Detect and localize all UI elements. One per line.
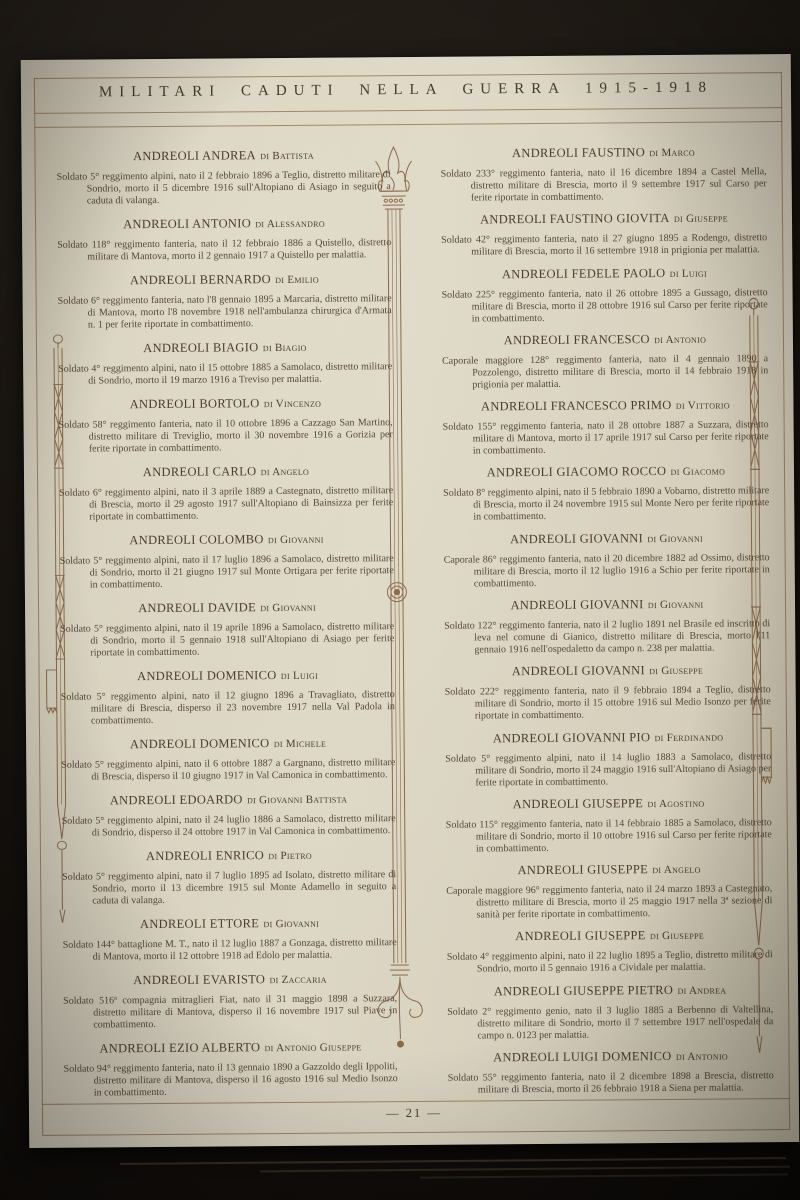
soldier-name: ANDREOLI CARLO: [143, 464, 257, 479]
soldier-name: ANDREOLI BORTOLO: [130, 396, 260, 411]
patronymic: di Vincenzo: [264, 398, 321, 410]
entry-details: Caporale maggiore 96° reggimento fanteri…: [446, 883, 772, 922]
casualty-entry: ANDREOLI BORTOLO di VincenzoSoldato 58° …: [58, 393, 392, 456]
patronymic: di Giuseppe: [674, 213, 728, 225]
patronymic: di Giovanni: [260, 602, 316, 614]
patronymic: di Angelo: [261, 466, 309, 478]
soldier-name: ANDREOLI EVARISTO: [133, 972, 265, 987]
casualty-entry: ANDREOLI ANTONIO di AlessandroSoldato 11…: [57, 213, 391, 264]
entry-details: Soldato 8° reggimento alpini, nato il 5 …: [443, 486, 769, 525]
entry-details: Caporale 86° reggimento fanteria, nato i…: [444, 552, 770, 591]
soldier-name: ANDREOLI ANDREA: [133, 148, 256, 163]
entry-name-heading: ANDREOLI FRANCESCO di Antonio: [442, 329, 768, 350]
entry-details: Soldato 4° reggimento alpini, nato il 15…: [58, 361, 392, 388]
entry-name-heading: ANDREOLI ETTORE di Giovanni: [62, 913, 396, 934]
soldier-name: ANDREOLI GIOVANNI PIO: [493, 730, 651, 745]
patronymic: di Giovanni: [263, 918, 319, 930]
casualty-entry: ANDREOLI GIOVANNI di GiovanniCaporale 86…: [443, 528, 769, 591]
entry-name-heading: ANDREOLI COLOMBO di Giovanni: [59, 529, 393, 550]
casualty-entry: ANDREOLI GIUSEPPE di AgostinoSoldato 115…: [446, 793, 772, 856]
patronymic: di Antonio: [654, 334, 706, 346]
entry-details: Soldato 5° reggimento alpini, nato il 14…: [445, 751, 771, 790]
entry-name-heading: ANDREOLI GIACOMO ROCCO di Giacomo: [443, 462, 769, 483]
patronymic: di Battista: [260, 150, 314, 162]
entry-name-heading: ANDREOLI EVARISTO di Zaccaria: [63, 969, 397, 990]
entry-details: Soldato 144° battaglione M. T., nato il …: [63, 937, 397, 964]
entry-details: Soldato 222° reggimento fanteria, nato i…: [445, 684, 771, 723]
soldier-name: ANDREOLI GIUSEPPE: [513, 796, 644, 811]
casualty-entry: ANDREOLI FAUSTINO di MarcoSoldato 233° r…: [440, 142, 766, 205]
entry-name-heading: ANDREOLI GIOVANNI PIO di Ferdinando: [445, 727, 771, 748]
casualty-entry: ANDREOLI DAVIDE di GiovanniSoldato 5° re…: [60, 597, 394, 660]
entry-details: Soldato 58° reggimento fanteria, nato il…: [59, 417, 393, 456]
casualty-entry: ANDREOLI GIUSEPPE di AngeloCaporale magg…: [446, 859, 772, 922]
casualty-entry: ANDREOLI FRANCESCO PRIMO di VittorioSold…: [442, 395, 768, 458]
entry-details: Soldato 225° reggimento fanteria, nato i…: [442, 287, 768, 326]
right-column: ANDREOLI FAUSTINO di MarcoSoldato 233° r…: [440, 142, 773, 1097]
soldier-name: ANDREOLI LUIGI DOMENICO: [493, 1049, 672, 1064]
entry-details: Soldato 2° reggimento genio, nato il 3 l…: [447, 1004, 773, 1043]
entry-details: Soldato 122° reggimento fanteria, nato i…: [444, 618, 770, 657]
casualty-entry: ANDREOLI GIUSEPPE di GiuseppeSoldato 4° …: [447, 926, 773, 977]
entry-name-heading: ANDREOLI FAUSTINO di Marco: [440, 142, 766, 163]
entry-details: Soldato 5° reggimento alpini, nato il 17…: [60, 553, 394, 592]
entry-name-heading: ANDREOLI GIUSEPPE di Angelo: [446, 859, 772, 880]
soldier-name: ANDREOLI COLOMBO: [129, 532, 263, 547]
soldier-name: ANDREOLI BERNARDO: [130, 272, 271, 287]
casualty-entry: ANDREOLI GIUSEPPE PIETRO di AndreaSoldat…: [447, 980, 773, 1043]
entry-details: Soldato 42° reggimento fanteria, nato il…: [441, 232, 767, 259]
entry-name-heading: ANDREOLI LUIGI DOMENICO di Antonio: [448, 1046, 774, 1067]
entry-name-heading: ANDREOLI ANDREA di Battista: [56, 145, 390, 166]
entry-name-heading: ANDREOLI DOMENICO di Luigi: [61, 665, 395, 686]
patronymic: di Antonio: [676, 1050, 728, 1062]
patronymic: di Giuseppe: [650, 930, 704, 942]
patronymic: di Giovanni: [268, 534, 324, 546]
soldier-name: ANDREOLI FAUSTINO GIOVITA: [480, 211, 670, 226]
soldier-name: ANDREOLI GIUSEPPE PIETRO: [494, 983, 674, 998]
entry-name-heading: ANDREOLI GIOVANNI di Giovanni: [443, 528, 769, 549]
entry-name-heading: ANDREOLI ANTONIO di Alessandro: [57, 213, 391, 234]
soldier-name: ANDREOLI GIOVANNI: [511, 597, 644, 612]
entry-name-heading: ANDREOLI DAVIDE di Giovanni: [60, 597, 394, 618]
patronymic: di Giovanni: [647, 532, 703, 544]
patronymic: di Vittorio: [676, 400, 730, 412]
casualty-entry: ANDREOLI BERNARDO di EmilioSoldato 6° re…: [57, 269, 391, 332]
patronymic: di Angelo: [652, 864, 700, 876]
entry-name-heading: ANDREOLI CARLO di Angelo: [59, 461, 393, 482]
soldier-name: ANDREOLI ETTORE: [140, 916, 259, 931]
soldier-name: ANDREOLI EZIO ALBERTO: [99, 1040, 260, 1055]
patronymic: di Emilio: [275, 274, 319, 286]
entry-name-heading: ANDREOLI BERNARDO di Emilio: [57, 269, 391, 290]
casualty-entry: ANDREOLI LUIGI DOMENICO di AntonioSoldat…: [448, 1046, 774, 1097]
casualty-entry: ANDREOLI CARLO di AngeloSoldato 6° reggi…: [59, 461, 393, 524]
soldier-name: ANDREOLI GIACOMO ROCCO: [487, 464, 667, 479]
entry-name-heading: ANDREOLI GIUSEPPE di Giuseppe: [447, 926, 773, 947]
casualty-entry: ANDREOLI GIOVANNI di GiuseppeSoldato 222…: [444, 660, 770, 723]
entry-name-heading: ANDREOLI GIOVANNI di Giuseppe: [444, 660, 770, 681]
casualty-entry: ANDREOLI DOMENICO di LuigiSoldato 5° reg…: [61, 665, 395, 728]
left-column: ANDREOLI ANDREA di BattistaSoldato 5° re…: [56, 145, 397, 1100]
photo-background: MILITARI CADUTI NELLA GUERRA 1915-1918: [0, 0, 800, 1200]
casualty-entry: ANDREOLI BIAGIO di BiagioSoldato 4° regg…: [58, 337, 392, 388]
entry-details: Soldato 94° reggimento fanteria, nato il…: [64, 1061, 398, 1100]
entry-name-heading: ANDREOLI EDOARDO di Giovanni Battista: [61, 789, 395, 810]
casualty-entry: ANDREOLI COLOMBO di GiovanniSoldato 5° r…: [59, 529, 393, 592]
casualty-entry: ANDREOLI FEDELE PAOLO di LuigiSoldato 22…: [441, 263, 767, 326]
casualty-entry: ANDREOLI ANDREA di BattistaSoldato 5° re…: [56, 145, 390, 208]
casualty-entry: ANDREOLI GIOVANNI PIO di FerdinandoSolda…: [445, 727, 771, 790]
entry-details: Soldato 5° reggimento alpini, nato il 2 …: [57, 169, 391, 208]
book-page-edge: [420, 1173, 788, 1178]
soldier-name: ANDREOLI DOMENICO: [137, 668, 277, 683]
soldier-name: ANDREOLI BIAGIO: [143, 340, 258, 355]
soldier-name: ANDREOLI GIOVANNI: [512, 663, 645, 678]
entry-details: Soldato 5° reggimento alpini, nato il 6 …: [61, 757, 395, 784]
entry-details: Soldato 5° reggimento alpini, nato il 7 …: [62, 869, 396, 908]
entry-name-heading: ANDREOLI GIUSEPPE PIETRO di Andrea: [447, 980, 773, 1001]
casualty-entry: ANDREOLI FAUSTINO GIOVITA di GiuseppeSol…: [441, 208, 767, 259]
casualty-entry: ANDREOLI EVARISTO di ZaccariaSoldato 516…: [63, 969, 397, 1032]
border-rule: [34, 107, 782, 114]
patronymic: di Giuseppe: [649, 665, 703, 677]
patronymic: di Biagio: [263, 342, 307, 354]
patronymic: di Marco: [649, 147, 695, 159]
patronymic: di Agostino: [647, 798, 704, 810]
soldier-name: ANDREOLI FRANCESCO: [504, 332, 650, 347]
border-rule: [42, 1129, 790, 1136]
page-number: — 21 —: [29, 1103, 799, 1124]
patronymic: di Michele: [274, 738, 327, 750]
patronymic: di Zaccaria: [270, 974, 327, 986]
soldier-name: ANDREOLI ANTONIO: [123, 216, 251, 231]
casualty-list: ANDREOLI ANDREA di BattistaSoldato 5° re…: [34, 142, 789, 1100]
casualty-entry: ANDREOLI DOMENICO di MicheleSoldato 5° r…: [61, 733, 395, 784]
entry-details: Soldato 115° reggimento fanteria, nato i…: [446, 817, 772, 856]
patronymic: di Giacomo: [671, 466, 726, 478]
entry-name-heading: ANDREOLI FAUSTINO GIOVITA di Giuseppe: [441, 208, 767, 229]
entry-name-heading: ANDREOLI GIUSEPPE di Agostino: [446, 793, 772, 814]
soldier-name: ANDREOLI GIUSEPPE: [518, 862, 649, 877]
casualty-entry: ANDREOLI ETTORE di GiovanniSoldato 144° …: [62, 913, 396, 964]
patronymic: di Pietro: [268, 850, 312, 862]
entry-details: Caporale maggiore 128° reggimento fanter…: [442, 353, 768, 392]
entry-name-heading: ANDREOLI BORTOLO di Vincenzo: [58, 393, 392, 414]
column-gap: [390, 145, 447, 1097]
entry-name-heading: ANDREOLI ENRICO di Pietro: [62, 845, 396, 866]
casualty-entry: ANDREOLI ENRICO di PietroSoldato 5° regg…: [62, 845, 396, 908]
entry-details: Soldato 5° reggimento alpini, nato il 19…: [60, 621, 394, 660]
soldier-name: ANDREOLI DOMENICO: [130, 736, 270, 751]
entry-details: Soldato 5° reggimento alpini, nato il 24…: [62, 813, 396, 840]
book-page: MILITARI CADUTI NELLA GUERRA 1915-1918: [21, 54, 800, 1148]
entry-details: Soldato 5° reggimento alpini, nato il 12…: [61, 689, 395, 728]
patronymic: di Ferdinando: [655, 731, 724, 744]
entry-name-heading: ANDREOLI GIOVANNI di Giovanni: [444, 594, 770, 615]
entry-details: Soldato 155° reggimento fanteria, nato i…: [443, 419, 769, 458]
patronymic: di Luigi: [670, 267, 707, 279]
soldier-name: ANDREOLI FAUSTINO: [512, 145, 645, 160]
border-rule: [34, 72, 782, 79]
entry-name-heading: ANDREOLI EZIO ALBERTO di Antonio Giusepp…: [63, 1037, 397, 1058]
casualty-entry: ANDREOLI EZIO ALBERTO di Antonio Giusepp…: [63, 1037, 397, 1100]
book-page-edge: [260, 1166, 790, 1173]
entry-details: Soldato 6° reggimento fanteria, nato l'8…: [58, 293, 392, 332]
entry-name-heading: ANDREOLI FEDELE PAOLO di Luigi: [441, 263, 767, 284]
soldier-name: ANDREOLI GIUSEPPE: [515, 929, 646, 944]
entry-name-heading: ANDREOLI FRANCESCO PRIMO di Vittorio: [442, 395, 768, 416]
soldier-name: ANDREOLI FEDELE PAOLO: [502, 266, 666, 281]
patronymic: di Giovanni: [648, 599, 704, 611]
casualty-entry: ANDREOLI EDOARDO di Giovanni BattistaSol…: [61, 789, 395, 840]
soldier-name: ANDREOLI GIOVANNI: [510, 531, 643, 546]
entry-details: Soldato 55° reggimento fanteria, nato il…: [448, 1070, 774, 1097]
casualty-entry: ANDREOLI FRANCESCO di AntonioCaporale ma…: [442, 329, 768, 392]
soldier-name: ANDREOLI FRANCESCO PRIMO: [481, 398, 672, 413]
entry-details: Soldato 118° reggimento fanteria, nato i…: [57, 237, 391, 264]
casualty-entry: ANDREOLI GIOVANNI di GiovanniSoldato 122…: [444, 594, 770, 657]
border-rule: [34, 121, 782, 128]
patronymic: di Andrea: [677, 984, 726, 996]
entry-name-heading: ANDREOLI BIAGIO di Biagio: [58, 337, 392, 358]
soldier-name: ANDREOLI DAVIDE: [138, 600, 256, 615]
entry-name-heading: ANDREOLI DOMENICO di Michele: [61, 733, 395, 754]
patronymic: di Giovanni Battista: [247, 793, 347, 806]
entry-details: Soldato 233° reggimento fanteria, nato i…: [441, 166, 767, 205]
patronymic: di Alessandro: [255, 218, 325, 231]
entry-details: Soldato 4° reggimento alpini, nato il 22…: [447, 950, 773, 977]
page-title: MILITARI CADUTI NELLA GUERRA 1915-1918: [21, 79, 791, 102]
entry-details: Soldato 6° reggimento alpini, nato il 3 …: [59, 485, 393, 524]
patronymic: di Antonio Giuseppe: [265, 1041, 362, 1054]
book-page-edge: [120, 1157, 786, 1165]
soldier-name: ANDREOLI ENRICO: [146, 848, 264, 863]
soldier-name: ANDREOLI EDOARDO: [110, 792, 243, 807]
patronymic: di Luigi: [281, 670, 318, 682]
entry-details: Soldato 516ª compagnia mitraglieri Fiat,…: [63, 993, 397, 1032]
casualty-entry: ANDREOLI GIACOMO ROCCO di GiacomoSoldato…: [443, 462, 769, 525]
